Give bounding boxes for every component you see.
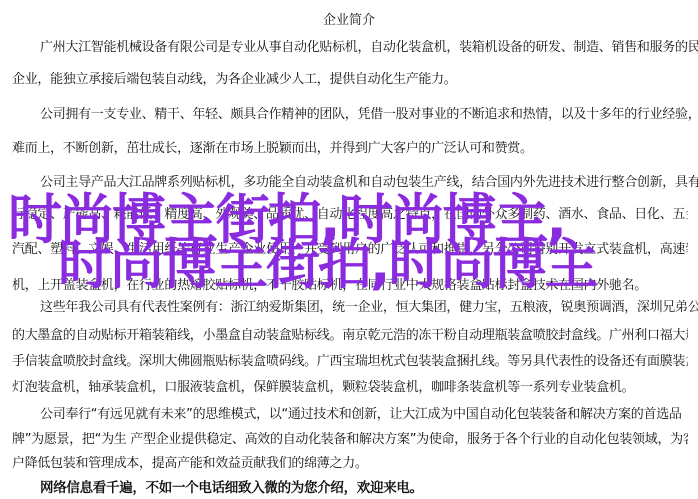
paragraph-line: 公司拥有一支专业、精干、年轻、颇具合作精神的团队，凭借一股对事业的不断追求和热情…	[12, 107, 698, 123]
document-title: 企业简介	[0, 9, 698, 28]
paragraph-line: 广州大江智能机械设备有限公司是专业从事自动化贴标机，自动化装盒机，装箱机设备的研…	[12, 40, 698, 56]
paragraph-line: 牌”为愿景，把“为生 产型企业提供稳定、高效的自动化装备和解决方案”为使命，服务…	[12, 432, 688, 448]
paragraph-line: 这些年我公司具有代表性案例有：浙江纳爱斯集团，统一企业，恒大集团，健力宝，五粮液…	[12, 300, 698, 316]
paragraph-line: 汽配、塑料、文娱、生活用纸等行业生产企业使用，并受到用户的广泛认可和推崇，另分公…	[12, 242, 688, 258]
closing-line: 网络信息看千遍，不如一个电话细致入微的为您介绍，欢迎来电。	[12, 480, 698, 496]
paragraph-line: 行稳定、产能高、耗能低、精度高、外观美、品质优、自动化程度高之特点，在国内外众多…	[12, 207, 688, 223]
paragraph-line: 手信装盒喷胶封盒线。深圳大佛圆瓶贴标装盒喷码线。广西宝瑞坦枕式包装装盒捆扎线。等…	[12, 354, 688, 370]
paragraph-line: 企业，能独立承接后端包装自动线，为各企业减少人工，提供自动化生产能力。	[12, 72, 688, 88]
paragraph-line: 机，上开盖装盒机，在行业的热熔胶贴标机，不干胶贴标机，在同行业中大规格装盒贴标封…	[12, 278, 688, 294]
paragraph-line: 灯泡装盒机，轴承装盒机，口服液装盒机，保鲜膜装盒机，颗粒袋装盒机，咖啡条装盒机等…	[12, 380, 688, 396]
paragraph-line: 公司主导产品大江品牌系列贴标机，多功能全自动装盒机和自动包装生产线，结合国内外先…	[12, 175, 698, 191]
document-page: 企业简介 广州大江智能机械设备有限公司是专业从事自动化贴标机，自动化装盒机，装箱…	[0, 0, 698, 499]
paragraph-line: 户降低包装和管理成本，提高产能和效益贡献我们的绵薄之力。	[12, 456, 688, 472]
paragraph-line: 公司奉行“有远见就有未来”的思维模式，以“通过技术和创新，让大江成为中国自动化包…	[12, 407, 698, 423]
paragraph-line: 难而上，不断创新，茁壮成长，逐渐在市场上脱颖而出，并得到广大客户的广泛认可和赞赏…	[12, 141, 688, 157]
paragraph-line: 的大墨盒的自动贴标开箱装箱线，小墨盒自动装盒贴标线。南京乾元浩的冻干粉自动理瓶装…	[12, 328, 688, 344]
